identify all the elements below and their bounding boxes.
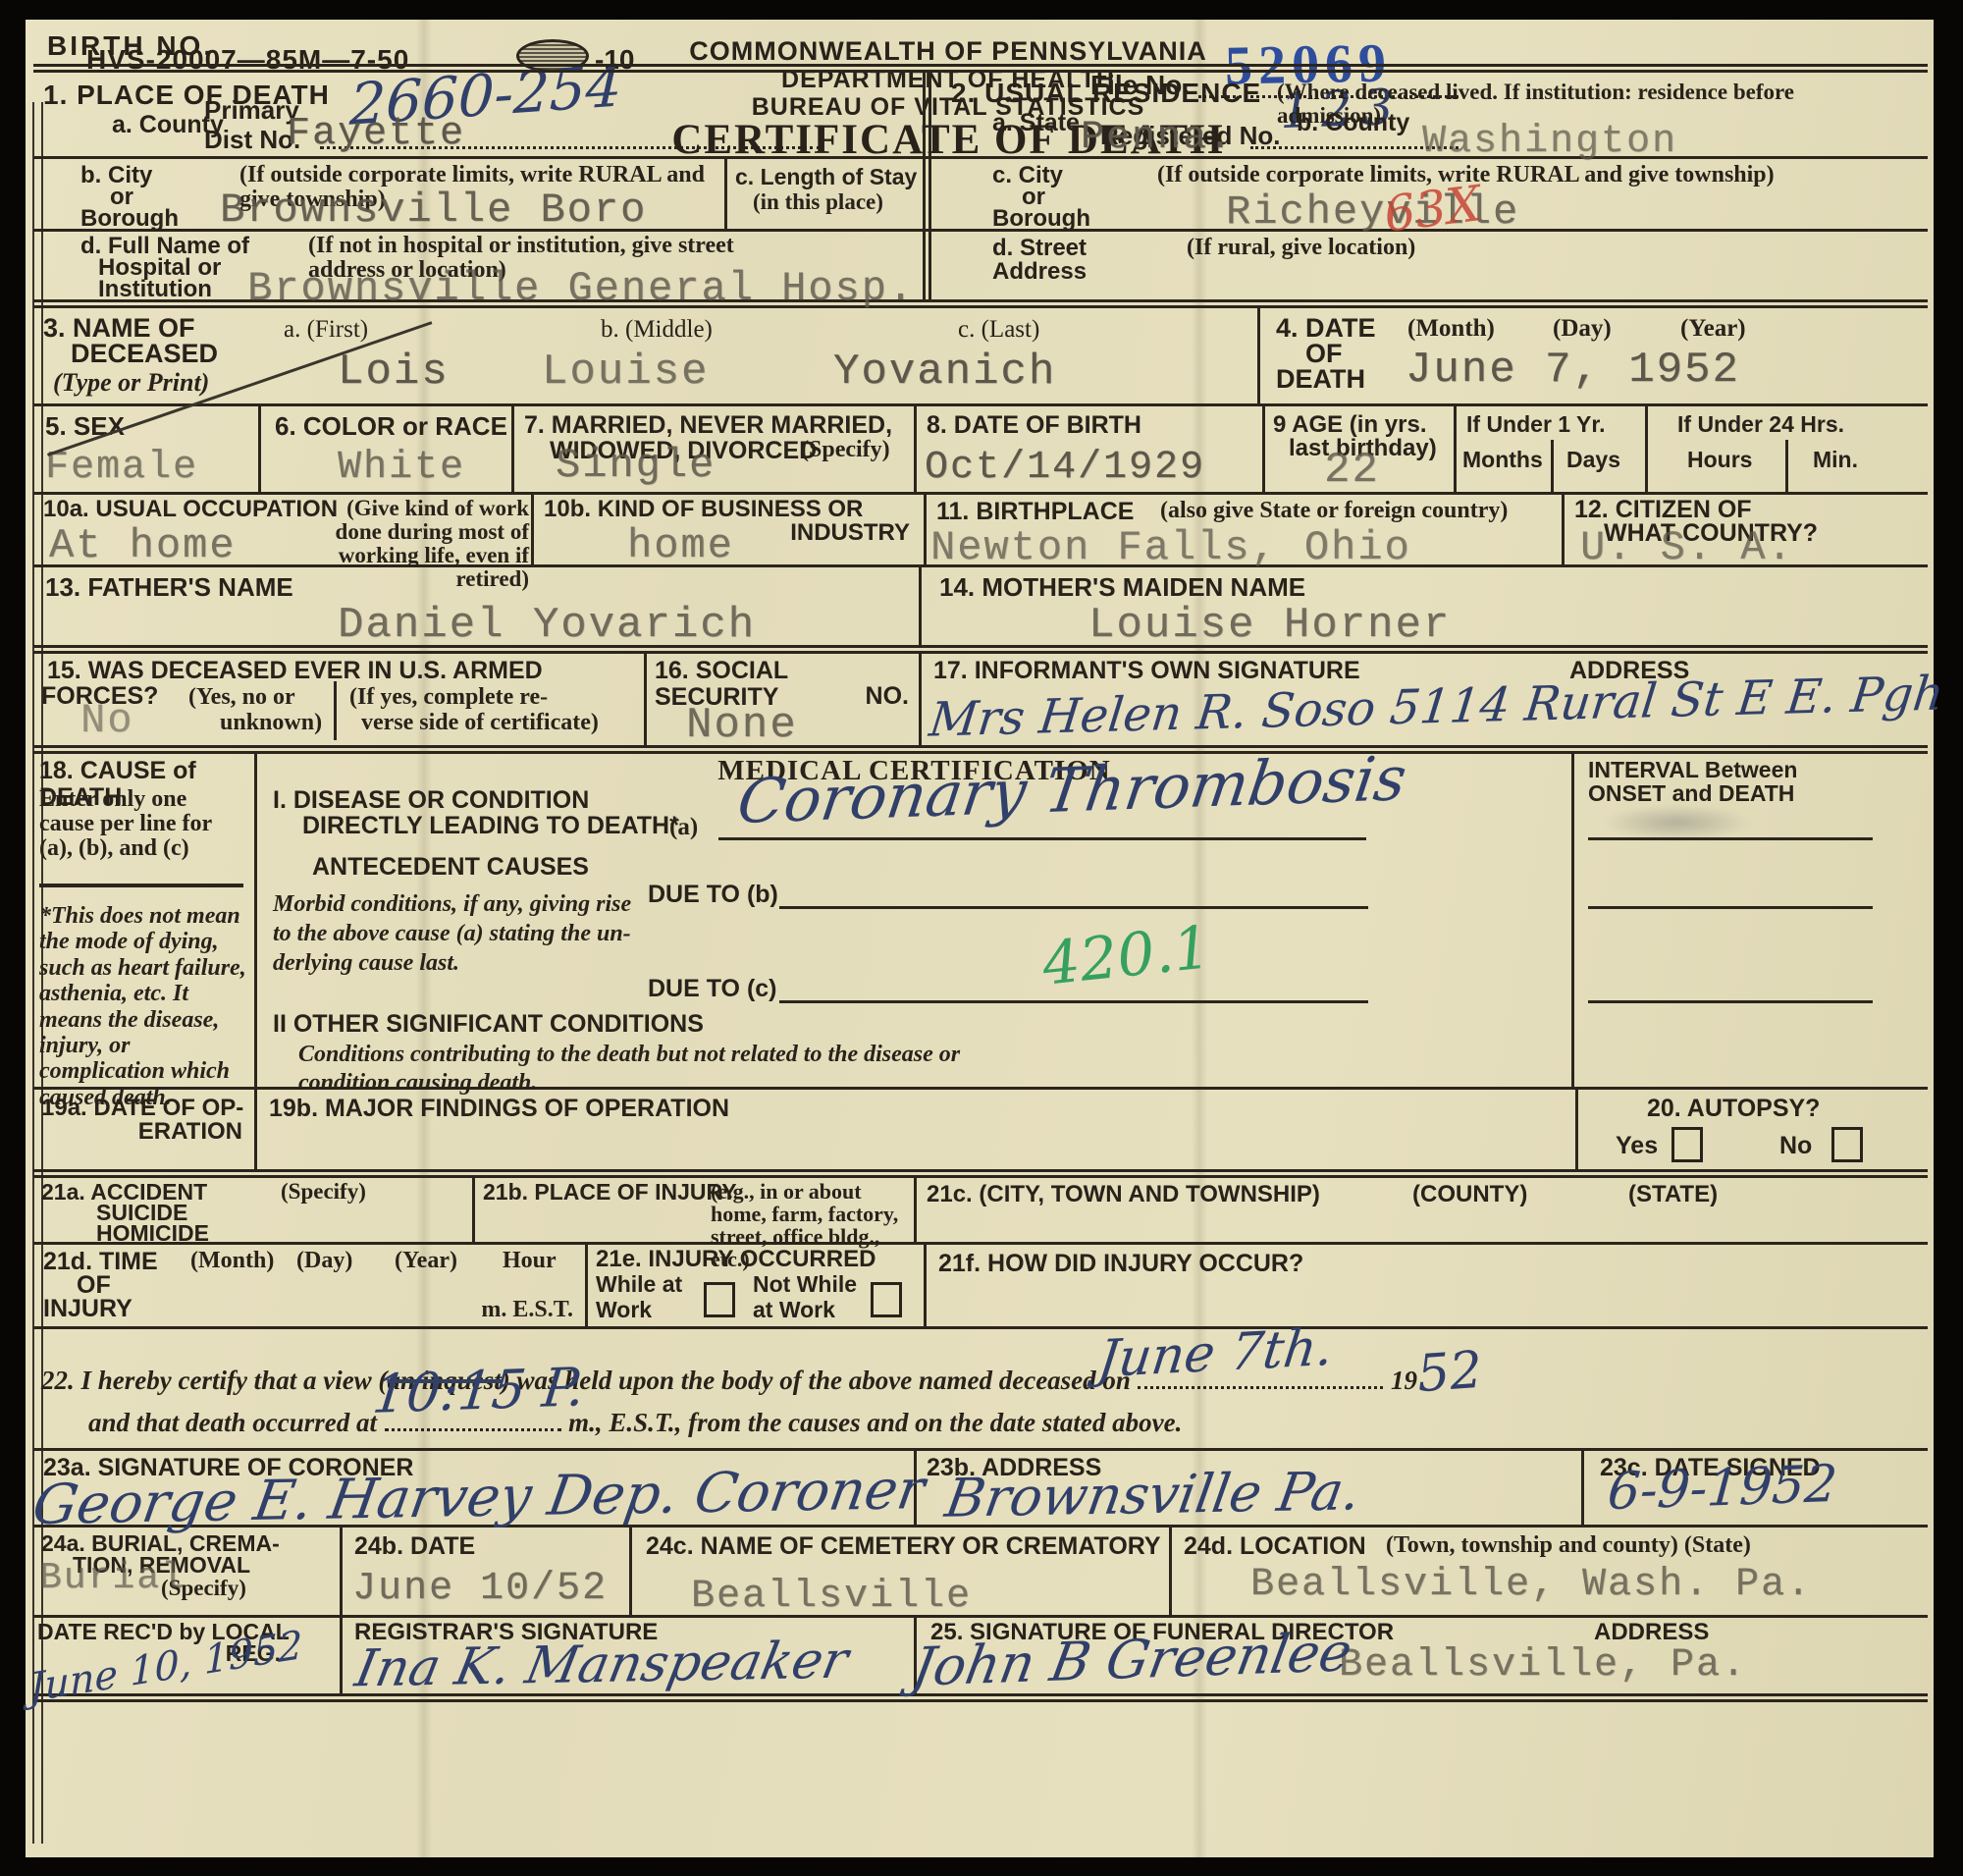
field-armed-forces: 15. WAS DECEASED EVER IN U.S. ARMED FORC…: [33, 654, 647, 745]
field-cemetery-location: 24d. LOCATION (Town, township and county…: [1172, 1528, 1928, 1615]
injury-day-label: (Day): [296, 1249, 352, 1273]
certify-line2-post: m., E.S.T., from the causes and on the d…: [568, 1408, 1182, 1437]
field-date-of-birth: 8. DATE OF BIRTH Oct/14/1929: [917, 406, 1265, 492]
field-occupation: 10a. USUAL OCCUPATION (Give kind of work…: [33, 495, 534, 564]
injury-time-label-3: INJURY: [43, 1296, 133, 1322]
major-findings-label: 19b. MAJOR FINDINGS OF OPERATION: [269, 1096, 729, 1122]
field-ssn: 16. SOCIAL SECURITY NO. None: [647, 654, 922, 745]
marital-label-1: 7. MARRIED, NEVER MARRIED,: [524, 412, 892, 439]
field-birth-no: BIRTH NO.: [33, 26, 1928, 64]
field-name-of-deceased: 3. NAME OF DECEASED (Type or Print) a. (…: [33, 308, 1260, 403]
field-major-findings: 19b. MAJOR FINDINGS OF OPERATION: [257, 1090, 1578, 1169]
date-signed-value: 6-9-1952: [1606, 1459, 1838, 1518]
certify-line2-pre: and that death occurred at: [88, 1408, 377, 1437]
birthplace-label: 11. BIRTHPLACE: [936, 499, 1134, 525]
field-place-of-death: 1. PLACE OF DEATH a. County Fayette: [33, 73, 931, 156]
field-city-borough-death: b. City or Borough (If outside corporate…: [33, 159, 727, 229]
min-label: Min.: [1813, 448, 1858, 472]
morbid-note: Morbid conditions, if any, giving rise t…: [273, 889, 636, 978]
row-place-residence-3: d. Full Name of Hospital or Institution …: [33, 232, 1928, 308]
field-informant: 17. INFORMANT'S OWN SIGNATURE ADDRESS Mr…: [922, 654, 1928, 745]
race-label: 6. COLOR or RACE: [275, 412, 507, 440]
under-24hrs-divider: [1785, 440, 1788, 492]
residence-state-label: a. State: [992, 110, 1080, 136]
street-label-2: Address: [992, 259, 1087, 285]
row-birth-no: BIRTH NO.: [33, 26, 1928, 73]
business-label-2: INDUSTRY: [790, 520, 910, 546]
field-burial-type: 24a. BURIAL, CREMA- TION, REMOVAL (Speci…: [33, 1528, 343, 1615]
while-at-label-1: While at: [596, 1272, 682, 1297]
informant-label: 17. INFORMANT'S OWN SIGNATURE: [933, 658, 1360, 684]
funeral-director-signature: John B Greenlee: [908, 1626, 1355, 1694]
father-value: Daniel Yovarich: [338, 601, 756, 650]
coroner-signature-value: George E. Harvey Dep. Coroner: [29, 1463, 928, 1533]
field-citizen: 12. CITIZEN OF WHAT COUNTRY? U. S. A.: [1565, 495, 1928, 564]
certify-post: ) was held upon the body of the above na…: [502, 1366, 1131, 1395]
residence-state-value: Penna.: [1081, 116, 1234, 160]
field-medical-certification: MEDICAL CERTIFICATION I. DISEASE OR COND…: [257, 754, 1574, 1087]
row-coroner: 23a. SIGNATURE OF CORONER George E. Harv…: [33, 1451, 1928, 1528]
autopsy-no-label: No: [1779, 1133, 1812, 1159]
row-occupation-birthplace: 10a. USUAL OCCUPATION (Give kind of work…: [33, 495, 1928, 567]
death-date-label-3: DEATH: [1276, 365, 1365, 394]
cause-a-tag: (a): [669, 815, 698, 840]
certify-pre: 22. I hereby certify that a view (: [41, 1366, 387, 1395]
under-24hrs-label: If Under 24 Hrs.: [1677, 412, 1844, 437]
forces-note1b: unknown): [220, 711, 322, 735]
field-under-24hrs: If Under 24 Hrs. Hours Min.: [1648, 406, 1928, 492]
city-label-borough: Borough: [80, 206, 179, 232]
injury-est-label: m. E.S.T.: [481, 1298, 573, 1322]
how-injury-label: 21f. HOW DID INJURY OCCUR?: [938, 1251, 1303, 1277]
street-note: (If rural, give location): [1187, 236, 1415, 260]
disease-label-2: DIRECTLY LEADING TO DEATH*: [302, 813, 679, 839]
citizen-value: U. S. A.: [1580, 524, 1794, 571]
field-date-signed: 23c. DATE SIGNED 6-9-1952: [1584, 1451, 1928, 1525]
field-injury-occurred: 21e. INJURY OCCURRED While at Work Not W…: [588, 1245, 927, 1326]
not-while-label-1: Not While: [753, 1272, 857, 1297]
registrar-signature-value: Ina K. Manspeaker: [351, 1635, 852, 1695]
field-marital-status: 7. MARRIED, NEVER MARRIED, WIDOWED, DIVO…: [514, 406, 917, 492]
field-cause-of-death-sidebar: 18. CAUSE of DEATH Enter only one cause …: [33, 754, 257, 1087]
cemetery-label: 24c. NAME OF CEMETERY OR CREMATORY: [646, 1533, 1161, 1560]
field-usual-residence: 2. USUAL RESIDENCE (Where deceased lived…: [931, 73, 1928, 156]
field-registrar-signature: REGISTRAR'S SIGNATURE Ina K. Manspeaker: [343, 1618, 917, 1693]
burial-date-value: June 10/52: [352, 1567, 608, 1611]
field-time-of-injury: 21d. TIME OF INJURY (Month) (Day) (Year)…: [33, 1245, 588, 1326]
days-label: Days: [1566, 448, 1620, 472]
red-pencil-mark: 63X: [1381, 179, 1484, 240]
autopsy-yes-checkbox: [1671, 1127, 1703, 1162]
certify-year-printed: 19: [1391, 1366, 1417, 1395]
row-registrar-funeral: DATE REC'D by LOCAL REG. June 10, 1952 R…: [33, 1618, 1928, 1702]
interval-line-c: [1588, 974, 1873, 1003]
location-label: 24d. LOCATION: [1184, 1533, 1366, 1560]
row-forces-ssn-informant: 15. WAS DECEASED EVER IN U.S. ARMED FORC…: [33, 654, 1928, 754]
field-autopsy: 20. AUTOPSY? Yes No: [1578, 1090, 1928, 1169]
first-name-value: Lois: [338, 348, 450, 397]
forces-label-1: 15. WAS DECEASED EVER IN U.S. ARMED: [47, 658, 543, 684]
funeral-address-label: ADDRESS: [1594, 1620, 1709, 1645]
antecedent-label: ANTECEDENT CAUSES: [312, 854, 589, 881]
place-of-death-title: 1. PLACE OF DEATH: [43, 80, 330, 110]
under-1yr-divider: [1551, 440, 1554, 492]
disease-label-1: I. DISEASE OR CONDITION: [273, 787, 589, 814]
usual-residence-title: 2. USUAL RESIDENCE: [951, 79, 1261, 108]
dob-value: Oct/14/1929: [925, 446, 1205, 490]
field-coroner-signature: 23a. SIGNATURE OF CORONER George E. Harv…: [33, 1451, 917, 1525]
autopsy-yes-label: Yes: [1616, 1133, 1658, 1159]
forces-value: No: [80, 697, 133, 744]
mother-value: Louise Horner: [1088, 601, 1451, 650]
field-mother-name: 14. MOTHER'S MAIDEN NAME Louise Horner: [922, 567, 1928, 645]
forces-inner-divider: [334, 681, 337, 740]
row-certify-statement: 22. I hereby certify that a view (an inq…: [33, 1329, 1928, 1451]
middle-name-label: b. (Middle): [601, 316, 713, 343]
row-injury-time: 21d. TIME OF INJURY (Month) (Day) (Year)…: [33, 1245, 1928, 1329]
cemetery-value: Beallsville: [691, 1575, 972, 1619]
field-injury-city: 21c. (CITY, TOWN AND TOWNSHIP) (COUNTY) …: [917, 1178, 1928, 1242]
forces-note2b: verse side of certificate): [361, 711, 599, 735]
field-age: 9 AGE (in yrs. last birthday) 22: [1265, 406, 1457, 492]
field-place-of-injury: 21b. PLACE OF INJURY (e.g., in or about …: [475, 1178, 917, 1242]
city-value: Brownsville Boro: [220, 187, 647, 234]
marital-value: Single: [556, 442, 716, 489]
while-at-label-2: Work: [596, 1298, 652, 1322]
middle-name-value: Louise: [542, 348, 709, 397]
injury-place-label: 21b. PLACE OF INJURY: [483, 1180, 737, 1205]
race-value: White: [338, 446, 465, 490]
occupation-value: At home: [49, 522, 236, 569]
forces-note1a: (Yes, no or: [188, 685, 295, 710]
mother-label: 14. MOTHER'S MAIDEN NAME: [939, 573, 1305, 601]
row-parents: 13. FATHER'S NAME Daniel Yovarich 14. MO…: [33, 567, 1928, 654]
field-race: 6. COLOR or RACE White: [261, 406, 514, 492]
death-month-label: (Month): [1407, 316, 1495, 342]
certify-year-handwritten: 52: [1415, 1345, 1484, 1400]
marital-note: (Specify): [801, 438, 890, 462]
row-name-deathdate: 3. NAME OF DECEASED (Type or Print) a. (…: [33, 308, 1928, 406]
county-label: a. County: [112, 112, 224, 138]
field-length-of-stay: c. Length of Stay (in this place): [727, 159, 931, 229]
last-name-label: c. (Last): [958, 316, 1039, 343]
accident-label-3: HOMICIDE: [96, 1221, 209, 1246]
due-c-label: DUE TO (c): [648, 976, 777, 1002]
field-interval-column: INTERVAL Between ONSET and DEATH: [1574, 754, 1928, 1087]
location-value: Beallsville, Wash. Pa.: [1250, 1563, 1812, 1607]
field-street-address: d. Street Address (If rural, give locati…: [931, 232, 1928, 299]
autopsy-label: 20. AUTOPSY?: [1647, 1096, 1820, 1122]
under-1yr-label: If Under 1 Yr.: [1466, 412, 1605, 437]
burial-value: Burial: [39, 1557, 186, 1599]
months-label: Months: [1462, 448, 1543, 472]
cause-note2: *This does not mean the mode of dying, s…: [39, 903, 249, 1110]
ssn-label-2: NO.: [866, 683, 909, 710]
residence-county-value: Washington: [1422, 120, 1677, 164]
death-year-label: (Year): [1680, 316, 1746, 342]
length-of-stay-note: (in this place): [753, 190, 883, 214]
field-accident-suicide: 21a. ACCIDENT SUICIDE HOMICIDE (Specify): [33, 1178, 475, 1242]
field-birthplace: 11. BIRTHPLACE (also give State or forei…: [927, 495, 1565, 564]
row-sex-race-age: 5. SEX Female 6. COLOR or RACE White 7. …: [33, 406, 1928, 495]
other-conditions-title: II OTHER SIGNIFICANT CONDITIONS: [273, 1011, 704, 1038]
injury-hour-label: Hour: [503, 1249, 557, 1273]
interval-label-2: ONSET and DEATH: [1588, 781, 1794, 806]
row-place-residence-2: b. City or Borough (If outside corporate…: [33, 159, 1928, 232]
cause-code-green: 420.1: [1039, 918, 1213, 994]
field-how-injury-occurred: 21f. HOW DID INJURY OCCUR?: [927, 1245, 1928, 1326]
injury-county-label: (COUNTY): [1412, 1182, 1527, 1207]
burial-date-label: 24b. DATE: [354, 1533, 475, 1560]
injury-city-label: 21c. (CITY, TOWN AND TOWNSHIP): [927, 1182, 1320, 1207]
injury-state-label: (STATE): [1628, 1182, 1718, 1207]
field-funeral-director: 25. SIGNATURE OF FUNERAL DIRECTOR ADDRES…: [917, 1618, 1928, 1693]
business-value: home: [627, 522, 734, 569]
certificate-form: BIRTH NO. 1. PLACE OF DEATH a. County Fa…: [33, 26, 1928, 1702]
name-title-3: (Type or Print): [53, 369, 209, 398]
res-city-label-borough: Borough: [992, 206, 1090, 232]
row-accident-injury-place: 21a. ACCIDENT SUICIDE HOMICIDE (Specify)…: [33, 1178, 1928, 1245]
accident-note: (Specify): [281, 1180, 366, 1204]
while-at-work-checkbox: [704, 1282, 735, 1317]
certify-date-handwritten: June 7th.: [1095, 1322, 1336, 1386]
due-b-line: [779, 880, 1368, 909]
hours-label: Hours: [1687, 448, 1752, 472]
hospital-label-3: Institution: [98, 277, 212, 302]
field-date-of-operation: 19a. DATE OF OP- ERATION: [33, 1090, 257, 1169]
location-note: (Town, township and county) (State): [1386, 1533, 1751, 1558]
field-under-1yr: If Under 1 Yr. Months Days: [1457, 406, 1648, 492]
sex-value: Female: [45, 446, 198, 490]
scanned-death-certificate: HVS-20007—85M—7-50 -10 Primary Dist No. …: [0, 0, 1963, 1876]
row-place-residence-1: 1. PLACE OF DEATH a. County Fayette 2. U…: [33, 73, 1928, 159]
sex-label: 5. SEX: [45, 412, 125, 440]
field-certify-statement: 22. I hereby certify that a view (an inq…: [33, 1329, 1928, 1448]
certify-line-1: 22. I hereby certify that a view (an inq…: [41, 1347, 1482, 1398]
residence-county-label: b. County: [1297, 110, 1409, 136]
injury-month-label: (Month): [190, 1249, 274, 1273]
birth-no-label: BIRTH NO.: [47, 31, 214, 61]
other-conditions-note: Conditions contributing to the death but…: [298, 1041, 1005, 1098]
birthplace-note: (also give State or foreign country): [1160, 499, 1508, 523]
dob-label: 8. DATE OF BIRTH: [927, 412, 1141, 439]
field-father-name: 13. FATHER'S NAME Daniel Yovarich: [33, 567, 922, 645]
death-date-value: June 7, 1952: [1406, 346, 1740, 395]
cause-note1: Enter only one cause per line for (a), (…: [39, 787, 247, 862]
occupation-label: 10a. USUAL OCCUPATION: [43, 497, 338, 522]
injury-year-label: (Year): [395, 1249, 457, 1273]
interval-line-b: [1588, 880, 1873, 909]
due-b-label: DUE TO (b): [648, 882, 778, 908]
field-date-received: DATE REC'D by LOCAL REG. June 10, 1952: [33, 1618, 343, 1693]
field-coroner-address: 23b. ADDRESS Brownsville Pa.: [917, 1451, 1584, 1525]
name-title-2: DECEASED: [71, 340, 218, 368]
operation-date-label-2: ERATION: [138, 1119, 242, 1145]
row-burial: 24a. BURIAL, CREMA- TION, REMOVAL (Speci…: [33, 1528, 1928, 1618]
ssn-value: None: [686, 701, 798, 750]
injury-occurred-label: 21e. INJURY OCCURRED: [596, 1247, 875, 1272]
age-value: 22: [1324, 446, 1380, 495]
field-hospital-name: d. Full Name of Hospital or Institution …: [33, 232, 931, 299]
row-medical-certification: 18. CAUSE of DEATH Enter only one cause …: [33, 754, 1928, 1090]
cause-divider: [39, 884, 243, 887]
row-operation-autopsy: 19a. DATE OF OP- ERATION 19b. MAJOR FIND…: [33, 1090, 1928, 1178]
field-burial-date: 24b. DATE June 10/52: [343, 1528, 632, 1615]
certify-time-blank: 10:15 P.: [385, 1398, 561, 1431]
not-while-label-2: at Work: [753, 1298, 835, 1322]
last-name-value: Yovanich: [833, 348, 1056, 397]
certify-time-handwritten: 10:15 P.: [370, 1361, 587, 1421]
interval-label-1: INTERVAL Between: [1588, 758, 1797, 782]
county-value: Fayette: [287, 112, 465, 156]
certificate-paper: HVS-20007—85M—7-50 -10 Primary Dist No. …: [26, 20, 1934, 1857]
birthplace-value: Newton Falls, Ohio: [930, 524, 1411, 571]
first-name-label: a. (First): [284, 316, 368, 343]
field-business: 10b. KIND OF BUSINESS OR INDUSTRY home: [534, 495, 927, 564]
forces-note2a: (If yes, complete re-: [349, 685, 548, 710]
field-date-of-death: 4. DATE OF DEATH (Month) (Day) (Year) Ju…: [1260, 308, 1928, 403]
father-label: 13. FATHER'S NAME: [45, 573, 293, 601]
funeral-address-value: Beallsville, Pa.: [1339, 1643, 1747, 1688]
hospital-value: Brownsville General Hosp.: [247, 265, 915, 312]
autopsy-no-checkbox: [1831, 1127, 1863, 1162]
death-day-label: (Day): [1553, 316, 1612, 342]
length-of-stay-label: c. Length of Stay: [735, 165, 917, 189]
field-cemetery-name: 24c. NAME OF CEMETERY OR CREMATORY Beall…: [632, 1528, 1172, 1615]
not-while-at-work-checkbox: [871, 1282, 902, 1317]
interval-line-a: [1588, 811, 1873, 840]
certify-date-blank: June 7th.: [1138, 1356, 1383, 1389]
coroner-address-value: Brownsville Pa.: [942, 1465, 1364, 1526]
certify-line-2: and that death occurred at 10:15 P. m., …: [88, 1398, 1182, 1438]
